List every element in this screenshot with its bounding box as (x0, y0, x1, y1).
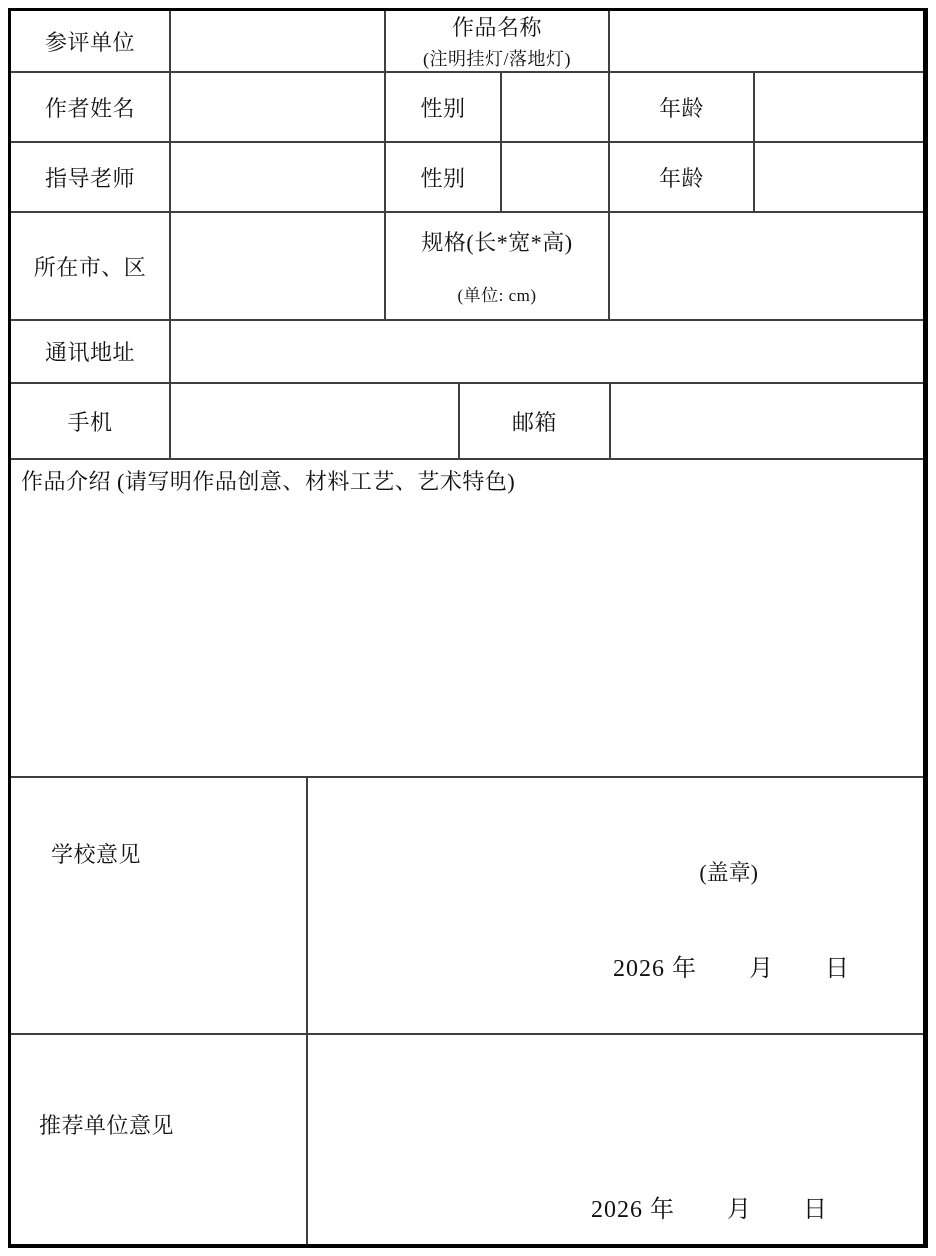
phone-field (171, 384, 460, 458)
city-district-field (171, 213, 386, 319)
entry-unit-label: 参评单位 (11, 11, 171, 71)
row-address: 通讯地址 (11, 321, 923, 384)
author-name-label: 作者姓名 (11, 73, 171, 141)
address-field (171, 321, 923, 382)
date-month: 月 (727, 1189, 751, 1224)
row-entry-unit: 参评单位 作品名称 (注明挂灯/落地灯) (11, 11, 923, 73)
school-opinion-body: (盖章) 2026 年 月 日 (308, 778, 923, 1033)
row-author: 作者姓名 性别 年龄 (11, 73, 923, 143)
school-opinion-date-line: 2026 年 月 日 (613, 948, 849, 983)
recommend-opinion-body: 2026 年 月 日 (308, 1035, 923, 1244)
work-intro-cell: 作品介绍 (请写明作品创意、材料工艺、艺术特色) (11, 460, 923, 776)
recommend-opinion-label: 推荐单位意见 (11, 1035, 308, 1244)
address-label: 通讯地址 (11, 321, 171, 382)
row-work-intro: 作品介绍 (请写明作品创意、材料工艺、艺术特色) (11, 460, 923, 778)
row-city-spec: 所在市、区 规格(长*宽*高) (单位: cm) (11, 213, 923, 321)
teacher-gender-field (502, 143, 610, 211)
row-contact: 手机 邮箱 (11, 384, 923, 460)
email-label: 邮箱 (460, 384, 611, 458)
spec-label-text: 规格(长*宽*高) (421, 226, 572, 257)
work-name-label-text: 作品名称 (452, 11, 542, 42)
work-intro-label: 作品介绍 (请写明作品创意、材料工艺、艺术特色) (21, 465, 515, 496)
date-day: 日 (803, 1189, 827, 1224)
work-name-label: 作品名称 (注明挂灯/落地灯) (386, 11, 610, 71)
email-field (611, 384, 923, 458)
form-document: { "form": { "r1": { "label": "参评单位", "wo… (0, 0, 936, 1256)
seal-note: (盖章) (699, 856, 758, 887)
teacher-age-label: 年龄 (610, 143, 755, 211)
author-gender-label: 性别 (386, 73, 502, 141)
date-month: 月 (749, 948, 773, 983)
spec-field (610, 213, 923, 319)
teacher-age-field (755, 143, 923, 211)
row-school-opinion: 学校意见 (盖章) 2026 年 月 日 (11, 778, 923, 1035)
teacher-name-label: 指导老师 (11, 143, 171, 211)
date-day: 日 (825, 948, 849, 983)
row-teacher: 指导老师 性别 年龄 (11, 143, 923, 213)
entry-form-table: 参评单位 作品名称 (注明挂灯/落地灯) 作者姓名 性别 年龄 指导老师 性别 … (8, 8, 928, 1248)
spec-label: 规格(长*宽*高) (单位: cm) (386, 213, 610, 319)
date-year: 2026 年 (613, 948, 697, 983)
school-opinion-label: 学校意见 (11, 778, 308, 1033)
author-age-field (755, 73, 923, 141)
teacher-gender-label: 性别 (386, 143, 502, 211)
row-recommend-opinion: 推荐单位意见 2026 年 月 日 (11, 1035, 923, 1244)
recommend-opinion-date-line: 2026 年 月 日 (591, 1189, 827, 1224)
date-year: 2026 年 (591, 1189, 675, 1224)
work-name-sub-note: (注明挂灯/落地灯) (423, 45, 571, 71)
spec-unit-note: (单位: cm) (457, 281, 536, 306)
work-name-field (610, 11, 923, 71)
author-age-label: 年龄 (610, 73, 755, 141)
teacher-name-field (171, 143, 386, 211)
entry-unit-field (171, 11, 386, 71)
author-gender-field (502, 73, 610, 141)
city-district-label: 所在市、区 (11, 213, 171, 319)
phone-label: 手机 (11, 384, 171, 458)
author-name-field (171, 73, 386, 141)
